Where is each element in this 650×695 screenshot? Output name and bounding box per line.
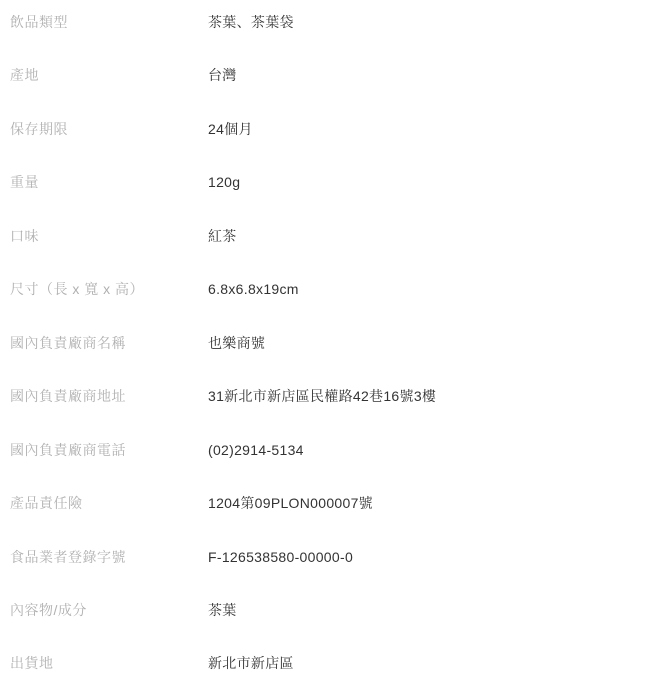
spec-row: 保存期限 24個月 [0, 107, 650, 160]
spec-row: 出貨地 新北市新店區 [0, 641, 650, 694]
spec-label: 口味 [10, 227, 208, 245]
spec-row: 口味 紅茶 [0, 214, 650, 267]
spec-label: 飲品類型 [10, 13, 208, 31]
spec-label: 尺寸（長 x 寬 x 高） [10, 280, 208, 298]
spec-value: 6.8x6.8x19cm [208, 280, 299, 298]
spec-value: 新北市新店區 [208, 654, 294, 672]
spec-value: 1204第09PLON000007號 [208, 494, 373, 512]
spec-value: F-126538580-00000-0 [208, 548, 353, 566]
spec-label: 內容物/成分 [10, 601, 208, 619]
spec-label: 出貨地 [10, 654, 208, 672]
spec-value: 31新北市新店區民權路42巷16號3樓 [208, 387, 436, 405]
spec-row: 國內負責廠商名稱 也樂商號 [0, 321, 650, 374]
spec-row: 重量 120g [0, 160, 650, 213]
product-spec-section: 飲品類型 茶葉、茶葉袋 產地 台灣 保存期限 24個月 重量 120g 口味 紅… [0, 0, 650, 695]
spec-value: 台灣 [208, 66, 237, 84]
spec-value: 紅茶 [208, 227, 237, 245]
spec-row: 食品業者登錄字號 F-126538580-00000-0 [0, 535, 650, 588]
spec-row: 飲品類型 茶葉、茶葉袋 [0, 0, 650, 53]
spec-row: 產品責任險 1204第09PLON000007號 [0, 481, 650, 534]
spec-row: 國內負責廠商電話 (02)2914-5134 [0, 428, 650, 481]
spec-row: 尺寸（長 x 寬 x 高） 6.8x6.8x19cm [0, 267, 650, 320]
spec-label: 保存期限 [10, 120, 208, 138]
spec-value: 茶葉、茶葉袋 [208, 13, 294, 31]
spec-value: 120g [208, 173, 240, 191]
spec-label: 食品業者登錄字號 [10, 548, 208, 566]
spec-row: 國內負責廠商地址 31新北市新店區民權路42巷16號3樓 [0, 374, 650, 427]
spec-row: 內容物/成分 茶葉 [0, 588, 650, 641]
spec-label: 產地 [10, 66, 208, 84]
spec-value: 茶葉 [208, 601, 237, 619]
spec-label: 國內負責廠商地址 [10, 387, 208, 405]
spec-value: 也樂商號 [208, 334, 265, 352]
spec-label: 重量 [10, 173, 208, 191]
spec-label: 國內負責廠商電話 [10, 441, 208, 459]
spec-row: 產地 台灣 [0, 53, 650, 106]
spec-value: (02)2914-5134 [208, 441, 304, 459]
spec-value: 24個月 [208, 120, 253, 138]
spec-label: 產品責任險 [10, 494, 208, 512]
spec-label: 國內負責廠商名稱 [10, 334, 208, 352]
